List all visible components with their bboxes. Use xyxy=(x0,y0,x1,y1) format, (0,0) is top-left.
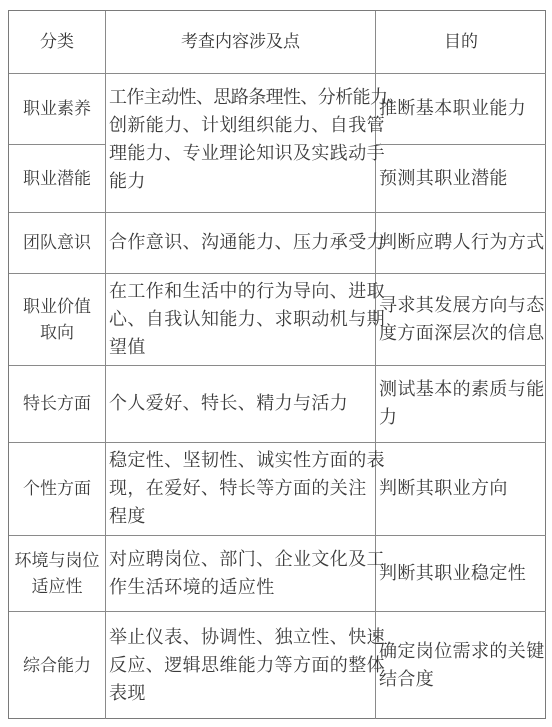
content-text: 能力 xyxy=(109,168,146,196)
header-category-label: 分类 xyxy=(40,30,74,54)
content-text: 举止仪表、协调性、独立性、快速 xyxy=(109,624,385,652)
content-text: 理能力、专业理论知识及实践动手 xyxy=(109,140,385,168)
content-text: 创新能力、计划组织能力、自我管 xyxy=(109,112,385,140)
row-specialty-content: 个人爱好、特长、精力与活力 xyxy=(106,366,376,443)
category-text: 环境与岗位 xyxy=(15,548,100,574)
content-text: 合作意识、沟通能力、压力承受力 xyxy=(109,229,385,257)
purpose-text: 测试基本的素质与能 xyxy=(379,376,545,404)
row-teamwork-purpose: 判断应聘人行为方式 xyxy=(376,213,546,274)
purpose-text: 判断其职业稳定性 xyxy=(379,560,526,588)
content-text: 稳定性、坚韧性、诚实性方面的表 xyxy=(109,447,385,475)
row-adaptability-category: 环境与岗位 适应性 xyxy=(9,536,106,612)
category-text: 职业价值 xyxy=(23,294,91,320)
purpose-text: 预测其职业潜能 xyxy=(379,165,508,193)
content-text: 在工作和生活中的行为导向、进取 xyxy=(109,278,385,306)
row-overall-ability-category: 综合能力 xyxy=(9,612,106,719)
content-text: 作生活环境的适应性 xyxy=(109,574,275,602)
row-career-potential-category: 职业潜能 xyxy=(9,145,106,213)
category-text: 职业潜能 xyxy=(23,166,91,192)
row-overall-ability-purpose: 确定岗位需求的关键 结合度 xyxy=(376,612,546,719)
category-text: 特长方面 xyxy=(23,391,91,417)
category-text: 取向 xyxy=(40,320,74,346)
row-personality-category: 个性方面 xyxy=(9,443,106,536)
row-professional-quality-category: 职业素养 xyxy=(9,74,106,145)
purpose-text: 判断其职业方向 xyxy=(379,475,508,503)
category-text: 综合能力 xyxy=(23,653,91,679)
category-text: 适应性 xyxy=(32,574,83,600)
row-career-values-purpose: 寻求其发展方向与态 度方面深层次的信息 xyxy=(376,274,546,366)
row-personality-content: 稳定性、坚韧性、诚实性方面的表 现，在爱好、特长等方面的关注 程度 xyxy=(106,443,376,536)
content-text: 对应聘岗位、部门、企业文化及工 xyxy=(109,546,385,574)
content-text: 现，在爱好、特长等方面的关注 xyxy=(109,475,367,503)
purpose-text: 寻求其发展方向与态 xyxy=(379,292,545,320)
content-text: 望值 xyxy=(109,334,146,362)
purpose-text: 度方面深层次的信息 xyxy=(379,320,545,348)
content-text: 工作主动性、思路条理性、分析能力、 xyxy=(109,84,405,112)
purpose-text: 结合度 xyxy=(379,666,434,694)
content-text: 表现 xyxy=(109,680,146,708)
row-overall-ability-content: 举止仪表、协调性、独立性、快速 反应、逻辑思维能力等方面的整体 表现 xyxy=(106,612,376,719)
row-career-values-content: 在工作和生活中的行为导向、进取 心、自我认知能力、求职动机与期 望值 xyxy=(106,274,376,366)
content-text: 个人爱好、特长、精力与活力 xyxy=(109,390,348,418)
purpose-text: 推断基本职业能力 xyxy=(379,95,526,123)
header-content-label: 考查内容涉及点 xyxy=(181,30,300,54)
row-teamwork-content: 合作意识、沟通能力、压力承受力 xyxy=(106,213,376,274)
assessment-table: 分类 考查内容涉及点 目的 职业素养 工作主动性、思路条理性、分析能力、 创新能… xyxy=(8,10,546,719)
header-content: 考查内容涉及点 xyxy=(106,11,376,74)
row-career-potential-purpose: 预测其职业潜能 xyxy=(376,145,546,213)
row-professional-quality-purpose: 推断基本职业能力 xyxy=(376,74,546,145)
purpose-text: 力 xyxy=(379,404,397,432)
purpose-text: 确定岗位需求的关键 xyxy=(379,638,545,666)
header-purpose: 目的 xyxy=(376,11,546,74)
row-specialty-category: 特长方面 xyxy=(9,366,106,443)
content-text: 程度 xyxy=(109,503,146,531)
category-text: 团队意识 xyxy=(23,230,91,256)
row-specialty-purpose: 测试基本的素质与能 力 xyxy=(376,366,546,443)
purpose-text: 判断应聘人行为方式 xyxy=(379,229,545,257)
header-purpose-label: 目的 xyxy=(444,30,478,54)
header-category: 分类 xyxy=(9,11,106,74)
row-adaptability-content: 对应聘岗位、部门、企业文化及工 作生活环境的适应性 xyxy=(106,536,376,612)
category-text: 个性方面 xyxy=(23,476,91,502)
category-text: 职业素养 xyxy=(23,96,91,122)
row-teamwork-category: 团队意识 xyxy=(9,213,106,274)
content-text: 反应、逻辑思维能力等方面的整体 xyxy=(109,652,385,680)
row-career-values-category: 职业价值 取向 xyxy=(9,274,106,366)
content-text: 心、自我认知能力、求职动机与期 xyxy=(109,306,385,334)
row-adaptability-purpose: 判断其职业稳定性 xyxy=(376,536,546,612)
row-professional-quality-content: 工作主动性、思路条理性、分析能力、 创新能力、计划组织能力、自我管 理能力、专业… xyxy=(106,74,376,213)
row-personality-purpose: 判断其职业方向 xyxy=(376,443,546,536)
